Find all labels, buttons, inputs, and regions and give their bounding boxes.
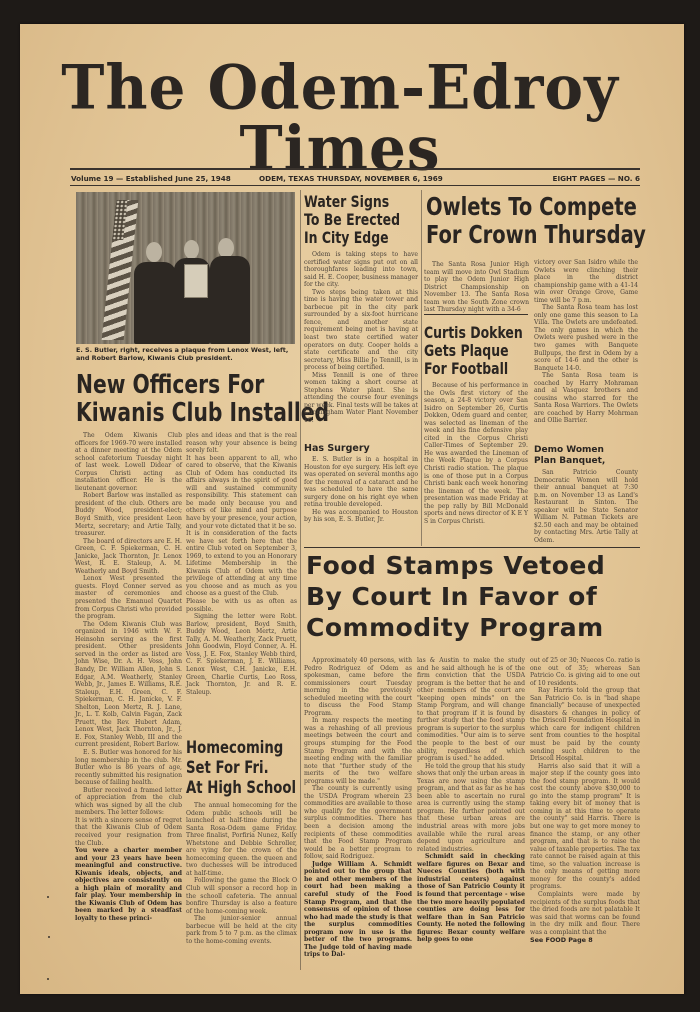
letter-paragraph: ples and ideas and that is the real reas… xyxy=(186,432,297,455)
paragraph: He told the group that his study shows t… xyxy=(417,763,525,854)
column-rule xyxy=(300,190,301,970)
food-article-col2: las & Austin to make the study and he sa… xyxy=(417,657,525,944)
paragraph: The Odem Kiwanis Club was organized in 1… xyxy=(75,621,182,749)
owlets-headline-line1: Owlets To Compete xyxy=(426,194,637,219)
homecoming-article: The annual homecoming for the Odem publi… xyxy=(186,802,297,945)
surgery-headline: Has Surgery xyxy=(304,444,370,454)
surgery-article: E. S. Butler is in a hospital in Houston… xyxy=(304,456,418,524)
kiwanis-photo xyxy=(76,192,295,344)
kiwanis-article-col1: The Odem Kiwanis Club officers for 1969-… xyxy=(75,432,182,923)
demo-headline-line1: Demo Women xyxy=(534,446,604,455)
paragraph: The board of directors are E. H. Green, … xyxy=(75,538,182,576)
homecoming-headline-line2: Set For Fri. xyxy=(186,760,269,777)
paragraph: Harris also said that it will a major st… xyxy=(530,763,640,891)
paragraph: Robert Barlow was installed as president… xyxy=(75,492,182,537)
continued-on-page-link[interactable]: See FOOD Page 8 xyxy=(530,937,640,945)
paragraph: Because of his performance in the Owls f… xyxy=(424,382,528,525)
owlets-article-col1: The Santa Rosa Junior High team will mov… xyxy=(424,261,529,314)
section-divider xyxy=(304,547,640,548)
paragraph: San Patricio County Democratic Women wil… xyxy=(534,469,638,544)
dateline-bar: Volume 19 — Established June 25, 1948 OD… xyxy=(70,172,640,186)
masthead-bottom-rule xyxy=(70,185,640,186)
paragraph: He was accompanied to Houston by his son… xyxy=(304,509,418,524)
newspaper-nameplate: The Odem-Edroy Times xyxy=(40,57,640,179)
paragraph: The county is currently using the USDA P… xyxy=(304,785,412,860)
homecoming-headline-line1: Homecoming xyxy=(186,740,283,757)
paragraph: Signing the letter were Robt. Barlow, pr… xyxy=(186,613,297,696)
dokken-headline-line1: Curtis Dokken xyxy=(424,325,523,341)
paragraph: The Santa Rosa team is coached by Harry … xyxy=(534,372,638,425)
paragraph: In many respects the meeting was a rehas… xyxy=(304,717,412,785)
column-rule xyxy=(421,190,422,546)
paragraph: Miss Tennill is one of three women takin… xyxy=(304,372,418,425)
paragraph: out of 25 or 30; Nueces Co. ratio is one… xyxy=(530,657,640,687)
owlets-article-col2: victory over San Isidro while the Owlets… xyxy=(534,259,638,425)
food-headline-line3: Commodity Program xyxy=(306,615,604,640)
american-flag-icon xyxy=(102,200,139,340)
dokken-headline-line3: For Football xyxy=(424,361,508,377)
water-headline-line1: Water Signs xyxy=(304,194,389,210)
paragraph: E. S. Butler is in a hospital in Houston… xyxy=(304,456,418,509)
letter-paragraph: It has been apparent to all, who cared t… xyxy=(186,455,297,530)
paragraph: Ray Harris told the group that San Patri… xyxy=(530,687,640,762)
demo-article: San Patricio County Democratic Women wil… xyxy=(534,469,638,544)
binding-hole xyxy=(47,896,49,898)
paragraph: Complaints were made by recipients of th… xyxy=(530,891,640,936)
food-article-col1: Approximately 40 persons, with Pedro Rod… xyxy=(304,657,412,959)
paragraph: las & Austin to make the study and he sa… xyxy=(417,657,525,763)
paragraph: Butler received a framed letter of appre… xyxy=(75,787,182,817)
publication-date: ODEM, TEXAS THURSDAY, NOVEMBER 6, 1969 xyxy=(259,174,443,183)
volume-info: Volume 19 — Established June 25, 1948 xyxy=(71,174,231,183)
binding-hole xyxy=(47,978,49,980)
paragraph: victory over San Isidro while the Owlets… xyxy=(534,259,638,304)
owlets-headline-line2: For Crown Thursday xyxy=(426,222,646,247)
dokken-headline-line2: Gets Plaque xyxy=(424,343,509,359)
paragraph: The Santa Rosa team has lost only one ga… xyxy=(534,304,638,372)
binding-hole xyxy=(48,936,50,938)
paragraph: The annual homecoming for the Odem publi… xyxy=(186,802,297,877)
plaque-icon xyxy=(184,264,208,298)
homecoming-headline-line3: At High School xyxy=(186,780,296,797)
section-divider xyxy=(424,314,528,315)
letter-paragraph: It is in consideration of the facts we h… xyxy=(186,530,297,598)
paragraph: Approximately 40 persons, with Pedro Rod… xyxy=(304,657,412,717)
demo-headline-line2: Plan Banquet, xyxy=(534,457,605,466)
food-headline-line2: By Court In Favor of xyxy=(306,584,597,609)
paragraph: E. S. Butler was honored for his long me… xyxy=(75,749,182,787)
letter-paragraph: Please be with us as often as possible. xyxy=(186,598,297,613)
paragraph: Two steps being taken at this time is ha… xyxy=(304,289,418,372)
water-headline-line2: To Be Erected xyxy=(304,212,400,228)
paragraph: Odem is taking steps to have certified w… xyxy=(304,251,418,289)
masthead-top-rule xyxy=(70,168,640,170)
food-article-col3: out of 25 or 30; Nueces Co. ratio is one… xyxy=(530,657,640,945)
paragraph: The junior-senior annual barbecue will b… xyxy=(186,915,297,945)
paragraph: The Odem Kiwanis Club officers for 1969-… xyxy=(75,432,182,492)
letter-paragraph: You were a charter member and your 23 ye… xyxy=(75,847,182,922)
letter-paragraph: It is with a sincere sense of regret tha… xyxy=(75,817,182,847)
paragraph: Schmidt said in checking welfare figures… xyxy=(417,853,525,944)
water-article: Odem is taking steps to have certified w… xyxy=(304,251,418,425)
kiwanis-headline-line2: Kiwanis Club Installed xyxy=(76,400,329,426)
paragraph: The Santa Rosa Junior High team will mov… xyxy=(424,261,529,314)
food-headline-line1: Food Stamps Vetoed xyxy=(306,553,605,578)
kiwanis-headline-line1: New Officers For xyxy=(76,372,264,398)
paragraph: Following the game the Block O Club will… xyxy=(186,877,297,915)
water-headline-line3: In City Edge xyxy=(304,230,389,246)
paragraph: Judge William A. Schmidt pointed out to … xyxy=(304,861,412,959)
kiwanis-article-col2: ples and ideas and that is the real reas… xyxy=(186,432,297,696)
dokken-article: Because of his performance in the Owls f… xyxy=(424,382,528,525)
paragraph: Lenox West presented the guests. Floyd C… xyxy=(75,575,182,620)
page-count: EIGHT PAGES — NO. 6 xyxy=(553,174,640,183)
photo-caption: E. S. Butler, right, receives a plaque f… xyxy=(76,346,298,362)
